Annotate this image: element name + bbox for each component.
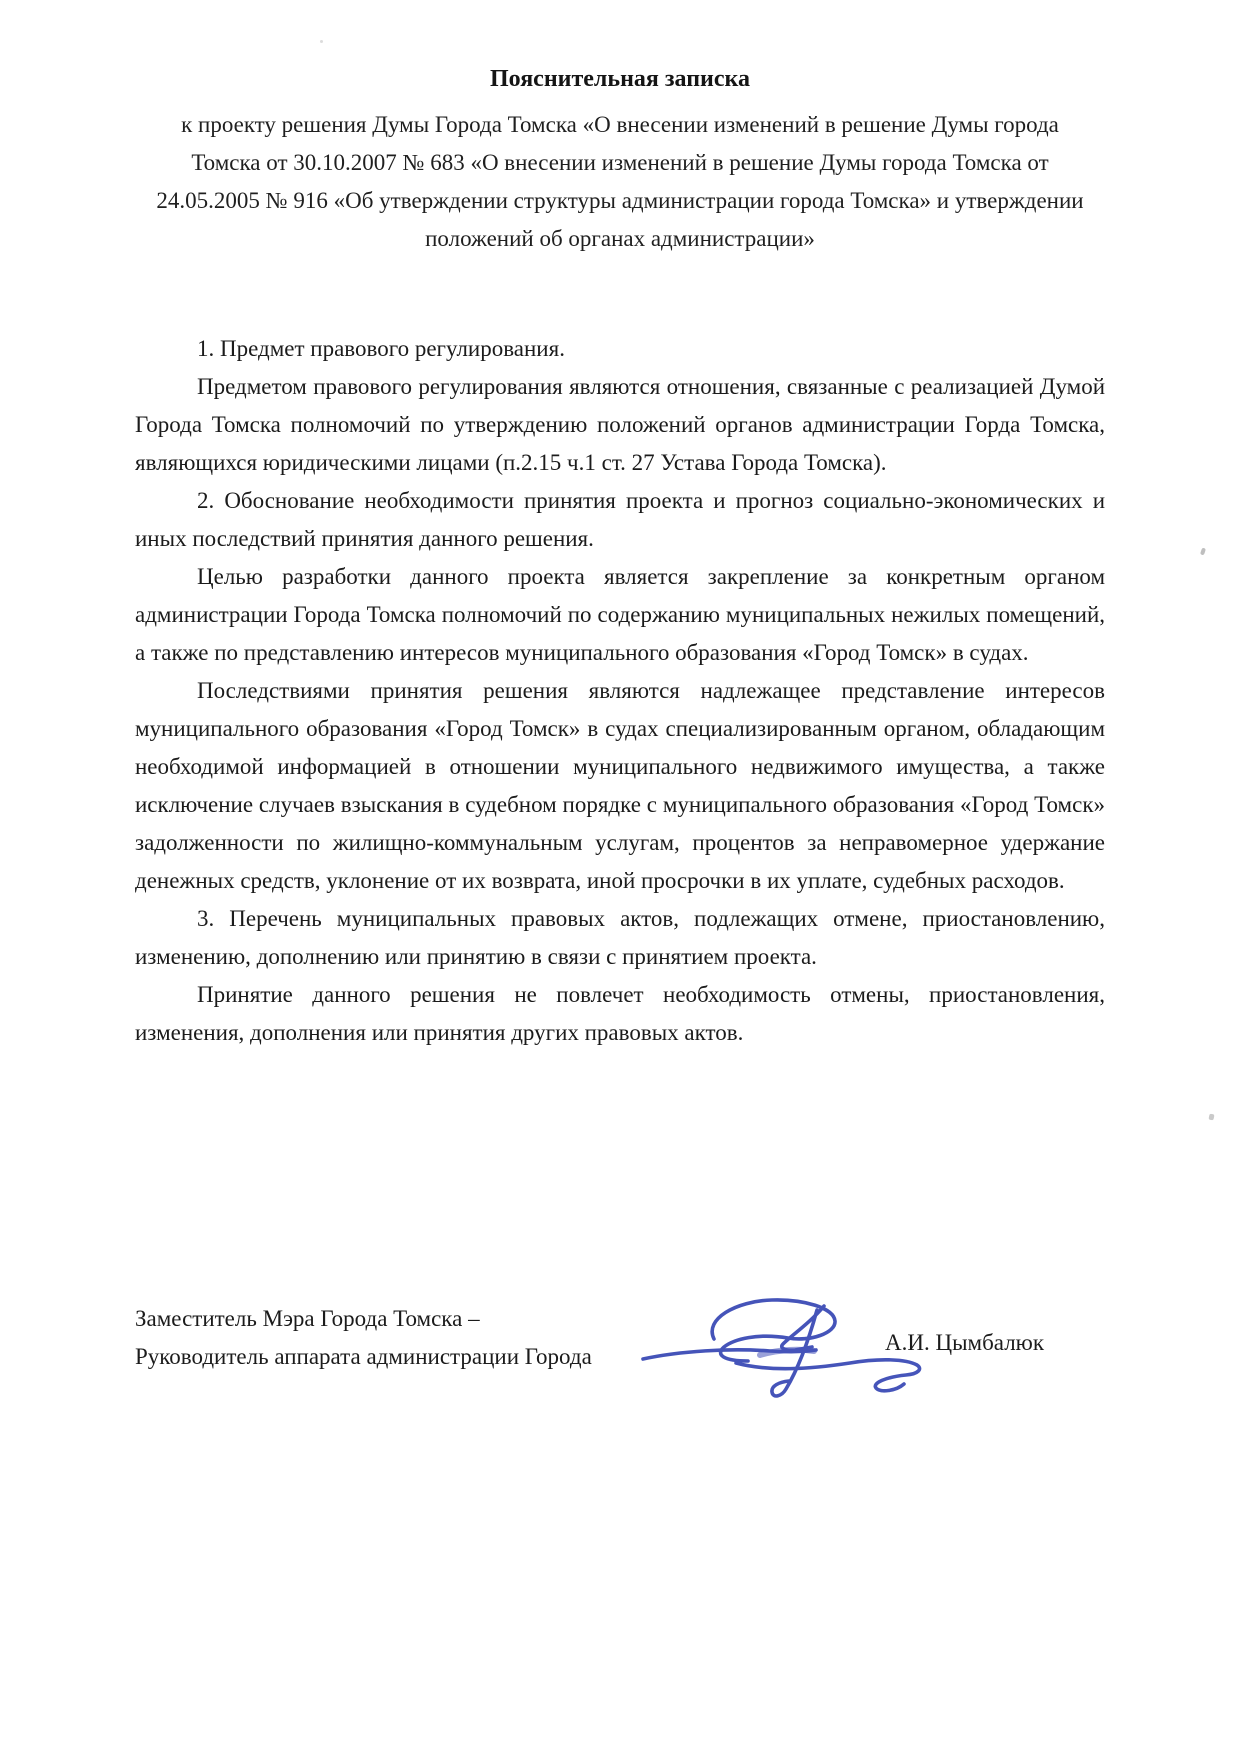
document-subtitle: к проекту решения Думы Города Томска «О … — [144, 106, 1096, 258]
scan-artifact-speck — [320, 40, 323, 43]
document-page: Пояснительная записка к проекту решения … — [0, 0, 1240, 1753]
paragraph-section-3-heading: 3. Перечень муниципальных правовых актов… — [135, 900, 1105, 976]
scan-artifact-speck — [1200, 548, 1206, 556]
paragraph-section-2-goal: Целью разработки данного проекта являетс… — [135, 558, 1105, 672]
paragraph-section-1-heading: 1. Предмет правового регулирования. — [135, 330, 1105, 368]
document-content: Пояснительная записка к проекту решения … — [135, 64, 1105, 1052]
document-body: 1. Предмет правового регулирования. Пред… — [135, 330, 1105, 1052]
paragraph-section-3-text: Принятие данного решения не повлечет нео… — [135, 976, 1105, 1052]
paragraph-section-2-effects: Последствиями принятия решения являются … — [135, 672, 1105, 900]
signatory-name: А.И. Цымбалюк — [885, 1330, 1044, 1356]
paragraph-section-1-text: Предметом правового регулирования являют… — [135, 368, 1105, 482]
signature-block: Заместитель Мэра Города Томска – Руковод… — [135, 1300, 1105, 1460]
scan-artifact-speck — [1208, 1114, 1214, 1121]
paragraph-section-2-heading: 2. Обоснование необходимости принятия пр… — [135, 482, 1105, 558]
page-title: Пояснительная записка — [135, 64, 1105, 94]
